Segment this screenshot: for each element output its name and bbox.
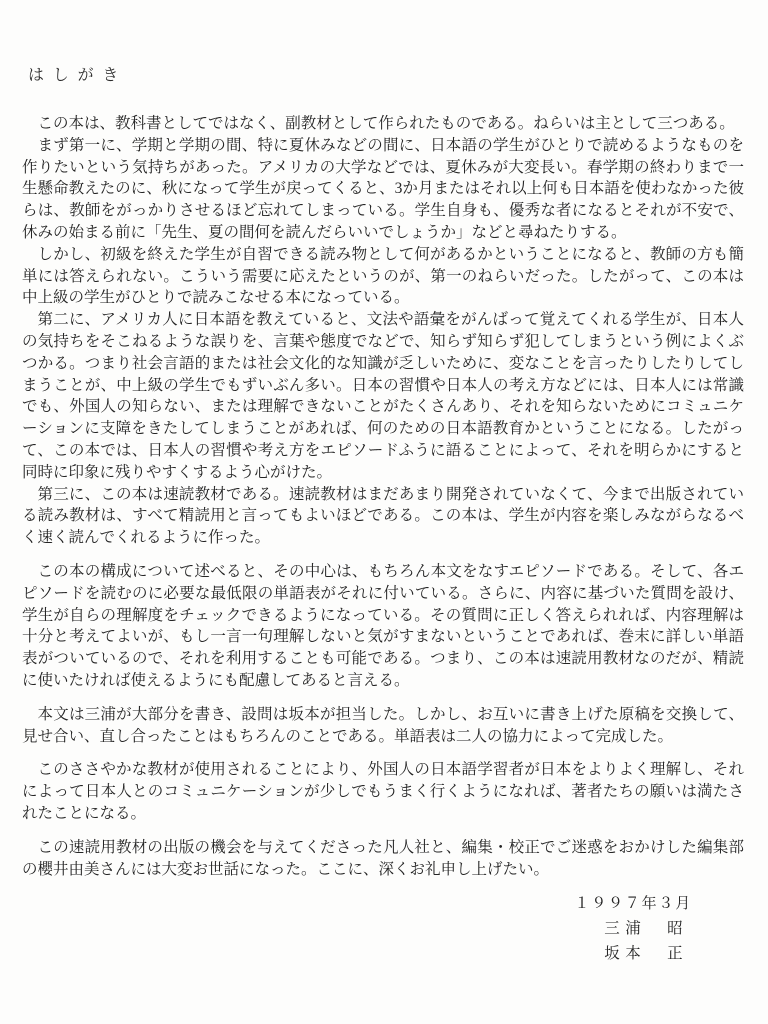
author-name: 三浦 昭 [22, 916, 744, 938]
paragraph-third-aim: 第三に、この本は速読教材である。速読教材はまだあまり開発されていなくて、今まで出… [22, 484, 744, 549]
author-name: 坂本 正 [22, 941, 744, 963]
paragraph-second-aim: 第二に、アメリカ人に日本語を教えていると、文法や語彙をがんばって覚えてくれる学生… [22, 309, 744, 483]
paragraph-first-aim: まず第一に、学期と学期の間、特に夏休みなどの間に、日本語の学生がひとりで読めるよ… [22, 135, 744, 244]
paragraph-thanks: この速読用教材の出版の機会を与えてくださった凡人社と、編集・校正でご迷惑をおかけ… [22, 837, 744, 881]
page-title: はしがき [28, 62, 744, 85]
paragraph-aims: この本は、教科書としてではなく、副教材として作られたものである。ねらいは主として… [22, 113, 744, 135]
publication-date: １９９７年３月 [22, 892, 744, 913]
paragraph-authorship: 本文は三浦が大部分を書き、設問は坂本が担当した。しかし、お互いに書き上げた原稿を… [22, 704, 744, 748]
paragraph-structure: この本の構成について述べると、その中心は、もちろん本文をなすエピソードである。そ… [22, 561, 744, 692]
paragraph-hope: このささやかな教材が使用されることにより、外国人の日本語学習者が日本をよりよく理… [22, 759, 744, 824]
paragraph-first-aim-cont: しかし、初級を終えた学生が自習できる読み物として何があるかということになると、教… [22, 244, 744, 309]
document-page: はしがき この本は、教科書としてではなく、副教材として作られたものである。ねらい… [0, 0, 768, 1024]
